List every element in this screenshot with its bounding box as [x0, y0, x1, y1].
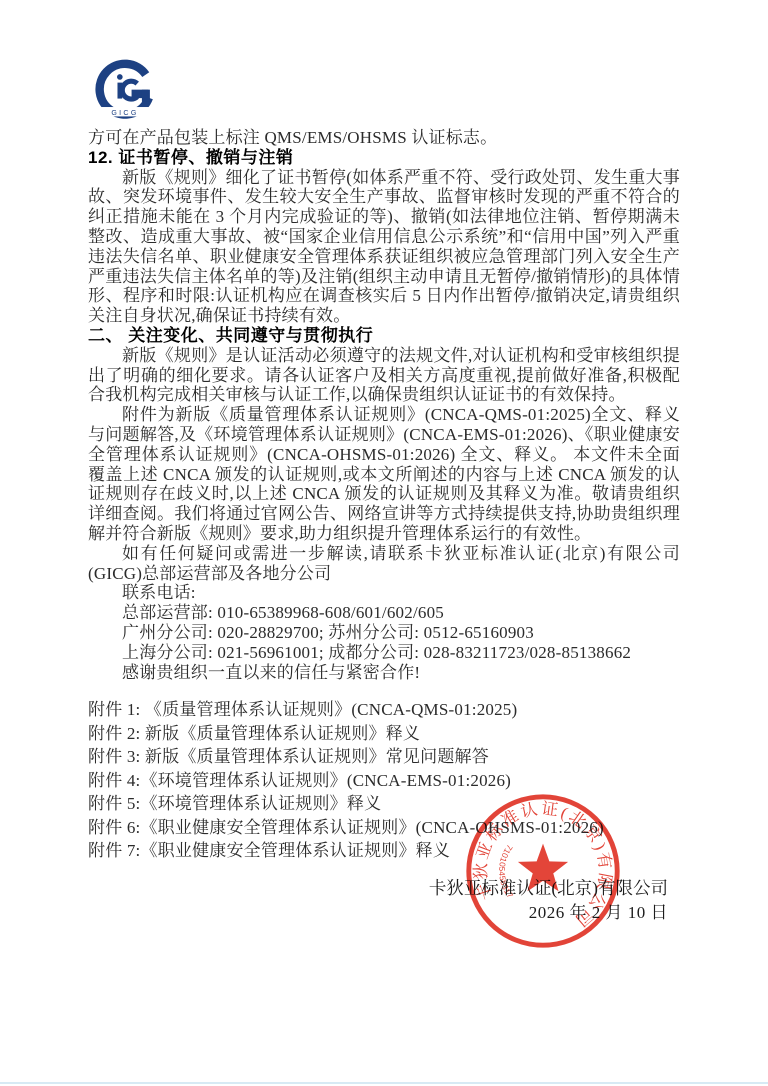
attachment-item: 附件 6:《职业健康安全管理体系认证规则》(CNCA-OHSMS-01:2026…	[88, 816, 680, 840]
gicg-logo: GICG	[94, 57, 156, 132]
attachment-item: 附件 2: 新版《质量管理体系认证规则》释义	[88, 722, 680, 746]
phone-line-sh-cd: 上海分公司: 021-56961001; 成都分公司: 028-83211723…	[88, 643, 680, 663]
section-12-paragraph: 新版《规则》细化了证书暂停(如体系严重不符、受行政处罚、发生重大事故、突发环境事…	[88, 168, 680, 326]
phone-line-hq: 总部运营部: 010-65389968-608/601/602/605	[88, 603, 680, 623]
scanned-letter-page: GICG 方可在产品包装上标注 QMS/EMS/OHSMS 认证标志。 12. …	[0, 0, 768, 1086]
phone-line-gz-sz: 广州分公司: 020-28829700; 苏州分公司: 0512-6516090…	[88, 623, 680, 643]
attachments-list: 附件 1: 《质量管理体系认证规则》(CNCA-QMS-01:2025) 附件 …	[88, 698, 680, 863]
paragraph-attachments-info: 附件为新版《质量管理体系认证规则》(CNCA-QMS-01:2025)全文、释义…	[88, 405, 680, 544]
intro-line: 方可在产品包装上标注 QMS/EMS/OHSMS 认证标志。	[88, 128, 680, 148]
attachment-item: 附件 7:《职业健康安全管理体系认证规则》释义	[88, 839, 680, 863]
paragraph-contact: 如有任何疑问或需进一步解读,请联系卡狄亚标准认证(北京)有限公司(GICG)总部…	[88, 544, 680, 584]
attachment-item: 附件 4:《环境管理体系认证规则》(CNCA-EMS-01:2026)	[88, 769, 680, 793]
signature-company: 卡狄亚标准认证(北京)有限公司	[429, 877, 668, 899]
attachment-item: 附件 1: 《质量管理体系认证规则》(CNCA-QMS-01:2025)	[88, 698, 680, 722]
gicg-logo-caption: GICG	[111, 110, 138, 117]
section-12-heading: 12. 证书暂停、撤销与注销	[88, 148, 680, 168]
paragraph-compliance: 新版《规则》是认证活动必须遵守的法规文件,对认证机构和受审核组织提出了明确的细化…	[88, 346, 680, 405]
signature-date: 2026 年 2 月 10 日	[429, 902, 668, 924]
thanks-line: 感谢贵组织一直以来的信任与紧密合作!	[88, 663, 680, 683]
scan-bottom-edge	[0, 1082, 768, 1084]
gicg-logo-mark-icon: GICG	[94, 57, 156, 127]
section-2-heading: 二、 关注变化、共同遵守与贯彻执行	[88, 326, 680, 346]
letter-body: 方可在产品包装上标注 QMS/EMS/OHSMS 认证标志。 12. 证书暂停、…	[88, 128, 680, 863]
attachment-item: 附件 3: 新版《质量管理体系认证规则》常见问题解答	[88, 745, 680, 769]
contact-phone-label: 联系电话:	[88, 583, 680, 603]
signature-block: 卡狄亚标准认证(北京)有限公司 2026 年 2 月 10 日	[429, 877, 668, 924]
attachment-item: 附件 5:《环境管理体系认证规则》释义	[88, 792, 680, 816]
